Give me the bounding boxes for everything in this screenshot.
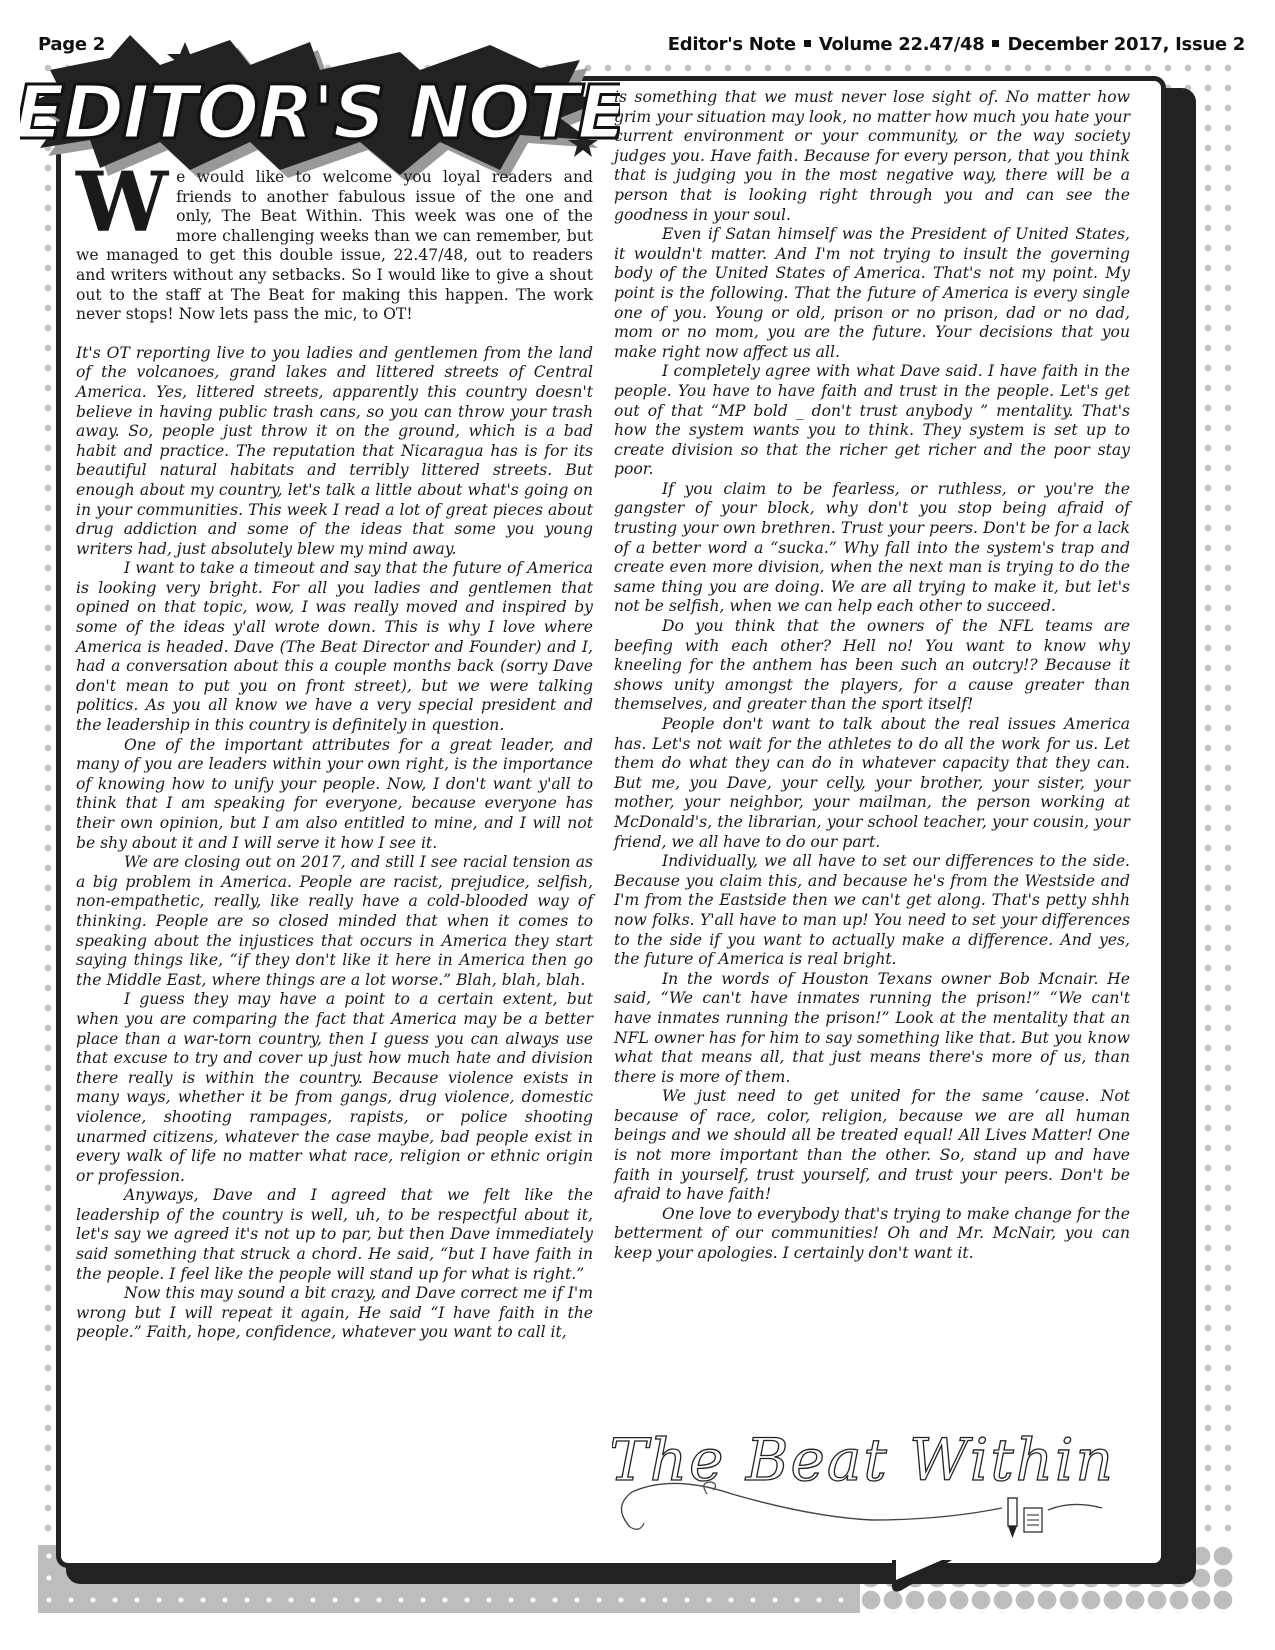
article-paragraph: I want to take a timeout and say that th… (76, 559, 593, 735)
article-paragraph: If you claim to be fearless, or ruthless… (614, 480, 1130, 617)
article-paragraph: I guess they may have a point to a certa… (76, 990, 593, 1186)
signature-the-beat-within: The Beat Within (612, 1412, 1132, 1542)
article-right-column: is something that we must never lose sig… (614, 88, 1130, 1264)
pencil-icon (1008, 1498, 1017, 1538)
article-paragraph: One love to everybody that's trying to m… (614, 1205, 1130, 1264)
article-paragraph: We are closing out on 2017, and still I … (76, 853, 593, 990)
drop-cap: W (76, 172, 168, 234)
running-head-volume: Volume 22.47/48 (819, 34, 985, 55)
article-paragraph: Now this may sound a bit crazy, and Dave… (76, 1284, 593, 1343)
intro-paragraph: We would like to welcome you loyal reade… (76, 168, 593, 325)
square-bullet-icon (804, 40, 811, 47)
running-head-date: December 2017, Issue 2 (1007, 34, 1245, 55)
article-paragraph: Individually, we all have to set our dif… (614, 852, 1130, 970)
article-left-column: We would like to welcome you loyal reade… (76, 168, 593, 1343)
running-head-section: Editor's Note (668, 34, 796, 55)
speech-tail-icon (890, 1560, 960, 1600)
article-paragraph: is something that we must never lose sig… (614, 88, 1130, 225)
article-paragraph: Anyways, Dave and I agreed that we felt … (76, 1186, 593, 1284)
article-paragraph: People don't want to talk about the real… (614, 715, 1130, 852)
article-paragraph: Do you think that the owners of the NFL … (614, 617, 1130, 715)
article-paragraph: I completely agree with what Dave said. … (614, 362, 1130, 480)
square-bullet-icon (992, 40, 999, 47)
running-head: Editor's NoteVolume 22.47/48December 201… (668, 34, 1245, 55)
article-paragraph: We just need to get united for the same … (614, 1087, 1130, 1205)
banner-title: EDITOR'S NOTE (20, 70, 620, 156)
article-paragraph: Even if Satan himself was the President … (614, 225, 1130, 362)
paper-note-icon (1024, 1508, 1042, 1532)
article-paragraph: It's OT reporting live to you ladies and… (76, 344, 593, 560)
article-paragraph: One of the important attributes for a gr… (76, 736, 593, 854)
article-paragraph: In the words of Houston Texans owner Bob… (614, 970, 1130, 1088)
